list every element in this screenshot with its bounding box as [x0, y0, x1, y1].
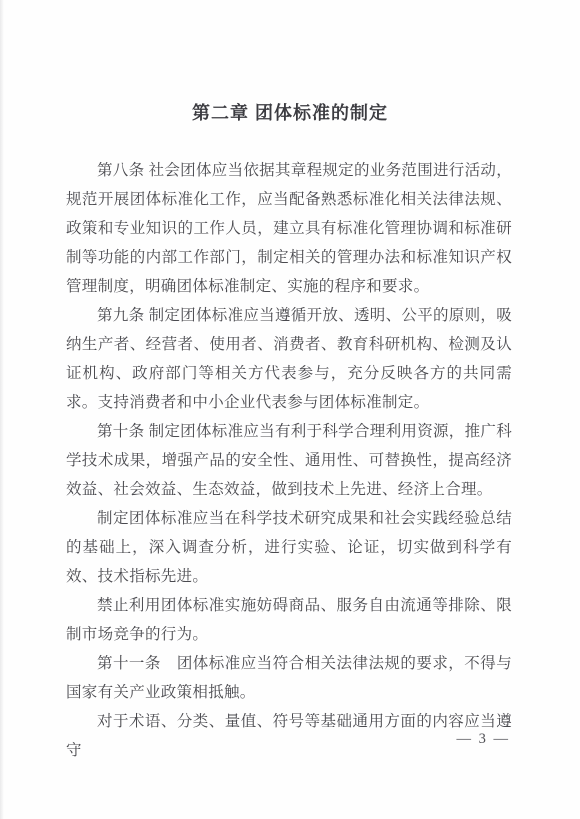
paragraph-article-11: 第十一条 团体标准应当符合相关法律法规的要求，不得与国家有关产业政策相抵触。: [66, 649, 512, 707]
paragraph-article-9: 第九条 制定团体标准应当遵循开放、透明、公平的原则，吸纳生产者、经营者、使用者、…: [66, 301, 512, 417]
page-number: — 3 —: [457, 731, 511, 748]
document-body: 第八条 社会团体应当依据其章程规定的业务范围进行活动，规范开展团体标准化工作，应…: [66, 156, 512, 765]
scanned-document-page: 第二章 团体标准的制定 第八条 社会团体应当依据其章程规定的业务范围进行活动，规…: [0, 0, 580, 819]
paragraph-article-8: 第八条 社会团体应当依据其章程规定的业务范围进行活动，规范开展团体标准化工作，应…: [66, 156, 512, 301]
paragraph-article-11-continuation: 对于术语、分类、量值、符号等基础通用方面的内容应当遵守: [66, 707, 512, 765]
paragraph-article-10-continuation-2: 禁止利用团体标准实施妨碍商品、服务自由流通等排除、限制市场竞争的行为。: [66, 591, 512, 649]
paragraph-article-10-continuation-1: 制定团体标准应当在科学技术研究成果和社会实践经验总结的基础上，深入调查分析，进行…: [66, 504, 512, 591]
chapter-heading: 第二章 团体标准的制定: [0, 99, 580, 125]
paragraph-article-10: 第十条 制定团体标准应当有利于科学合理利用资源，推广科学技术成果，增强产品的安全…: [66, 417, 512, 504]
